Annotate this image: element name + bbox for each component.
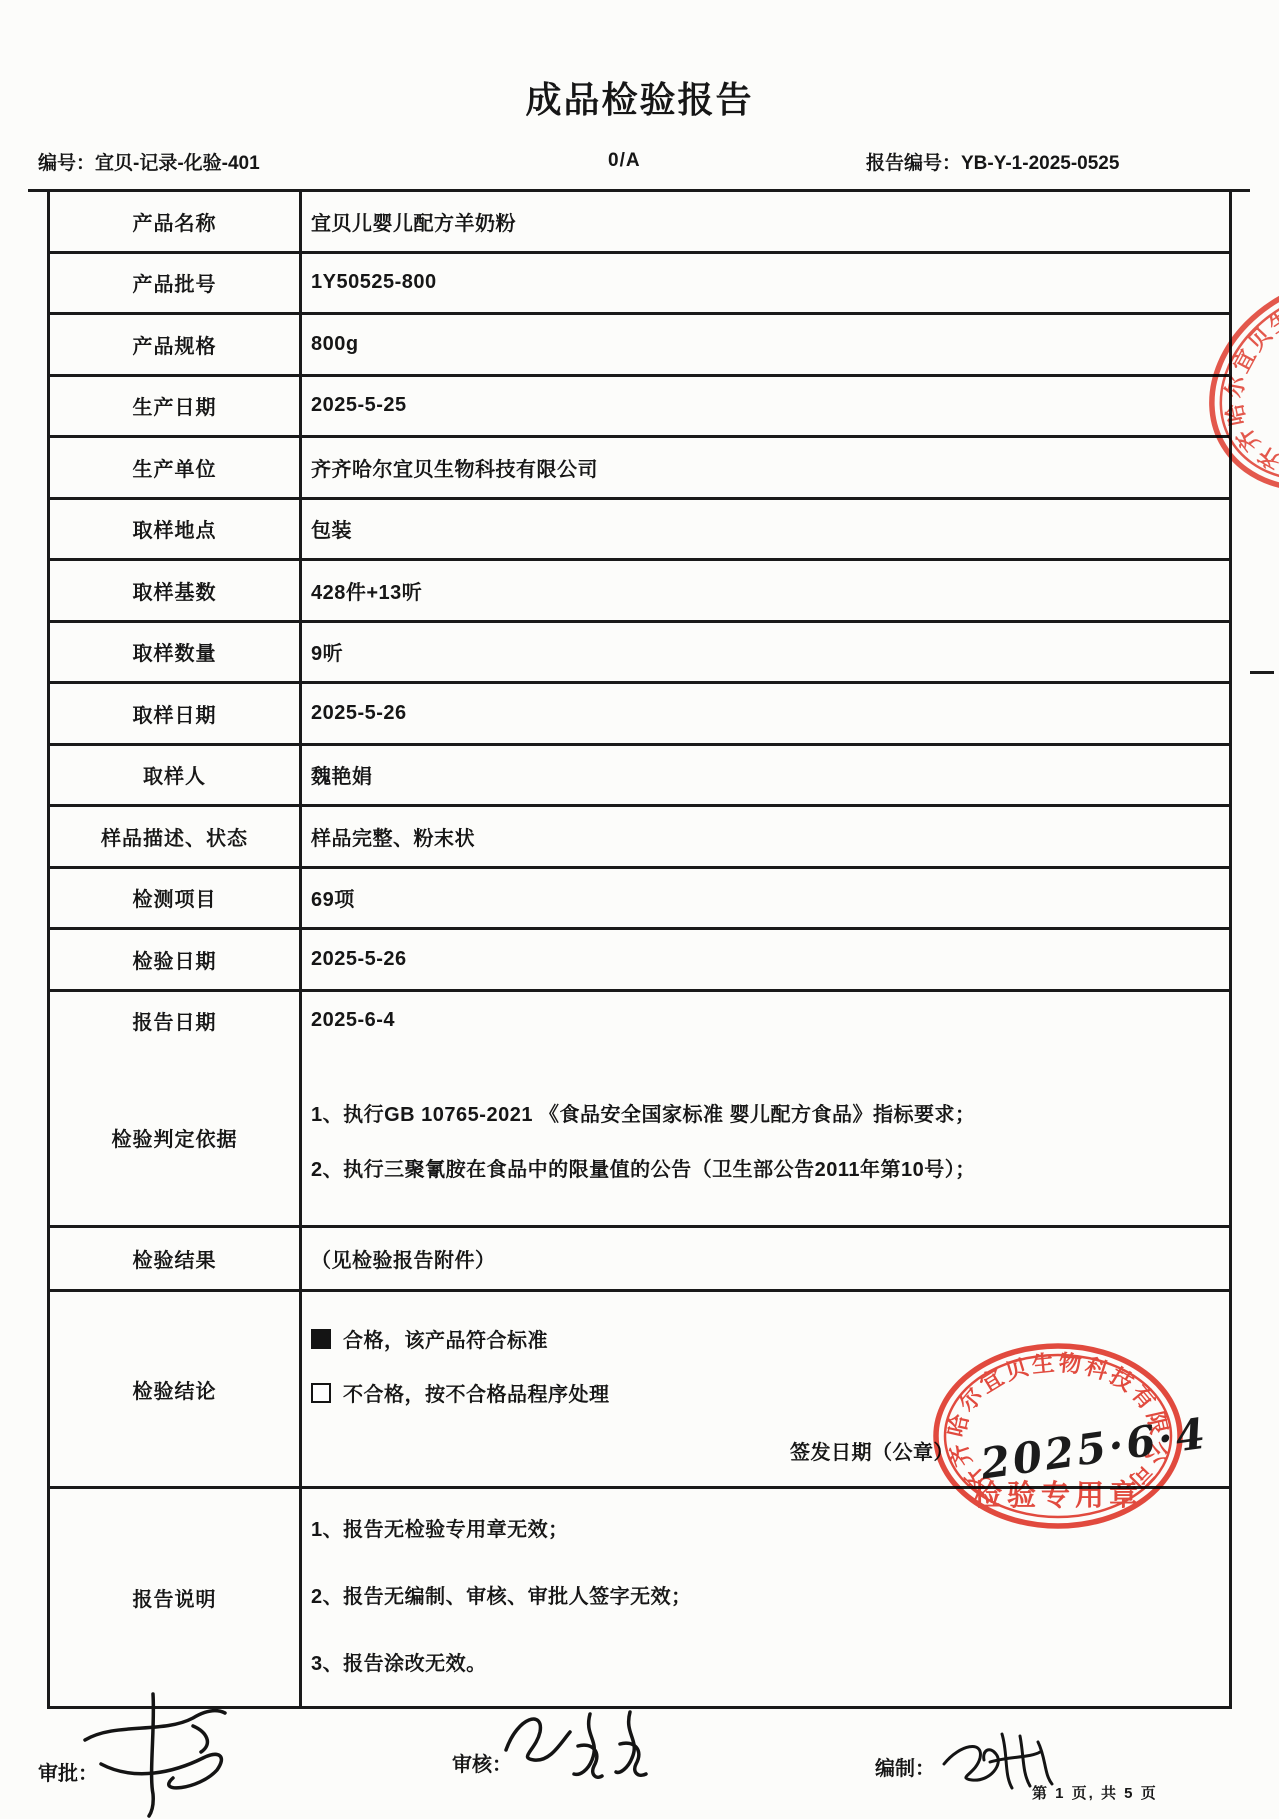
row-label: 报告说明: [50, 1489, 302, 1706]
table-row: 检验日期 2025-5-26: [50, 930, 1229, 992]
table-row: 产品名称 宜贝儿婴儿配方羊奶粉: [50, 192, 1229, 254]
note-line-3: 3、报告涂改无效。: [311, 1651, 487, 1677]
table-row: 取样地点 包装: [50, 500, 1229, 562]
row-label: 报告日期: [50, 992, 302, 1051]
seal-company-text: 齐齐哈尔宜贝生物科技有限公司: [1190, 272, 1279, 484]
scan-artifact-dash: [1250, 671, 1274, 674]
row-value: （见检验报告附件）: [302, 1228, 1229, 1289]
row-value: 2025-5-26: [302, 930, 1229, 989]
doc-number: 编号：宜贝-记录-化验-401: [38, 148, 260, 175]
table-row: 取样人 魏艳娟: [50, 746, 1229, 808]
prepare-label: 编制：: [875, 1752, 935, 1781]
row-label: 生产单位: [50, 438, 302, 497]
company-seal-stamp-partial: 齐齐哈尔宜贝生物科技有限公司: [1190, 272, 1279, 522]
report-number: 报告编号：YB-Y-1-2025-0525: [866, 148, 1119, 175]
row-label: 产品批号: [50, 254, 302, 313]
row-label: 检验判定依据: [50, 1050, 302, 1225]
table-row-result: 检验结果 （见检验报告附件）: [50, 1228, 1229, 1292]
row-label: 取样人: [50, 746, 302, 805]
table-row: 产品批号 1Y50525-800: [50, 254, 1229, 316]
note-line-2: 2、报告无编制、审核、审批人签字无效；: [311, 1584, 692, 1610]
judgment-line-2: 2、执行三聚氰胺在食品中的限量值的公告（卫生部公告2011年第10号）；: [311, 1157, 976, 1183]
revision-code: 0/A: [608, 150, 641, 172]
row-label: 取样基数: [50, 561, 302, 620]
row-value: 宜贝儿婴儿配方羊奶粉: [302, 192, 1229, 251]
row-value: 800g: [302, 315, 1229, 374]
table-row: 取样数量 9听: [50, 623, 1229, 685]
row-value: 包装: [302, 500, 1229, 559]
row-label: 检测项目: [50, 869, 302, 928]
row-label: 生产日期: [50, 377, 302, 436]
table-row: 生产日期 2025-5-25: [50, 377, 1229, 439]
table-row: 样品描述、状态 样品完整、粉末状: [50, 807, 1229, 869]
row-label: 取样地点: [50, 500, 302, 559]
row-label: 检验结果: [50, 1228, 302, 1289]
row-value: 2025-5-26: [302, 684, 1229, 743]
report-page: 成品检验报告 编号：宜贝-记录-化验-401 0/A 报告编号：YB-Y-1-2…: [0, 0, 1279, 1819]
row-label: 产品名称: [50, 192, 302, 251]
page-number: 第 1 页, 共 5 页: [1032, 1782, 1158, 1803]
checked-checkbox-icon: [311, 1329, 331, 1349]
row-label: 检验日期: [50, 930, 302, 989]
row-value: 魏艳娟: [302, 746, 1229, 805]
row-label: 取样日期: [50, 684, 302, 743]
row-label: 样品描述、状态: [50, 807, 302, 866]
unchecked-checkbox-icon: [311, 1383, 331, 1403]
table-row: 生产单位 齐齐哈尔宜贝生物科技有限公司: [50, 438, 1229, 500]
page-title: 成品检验报告: [0, 72, 1279, 123]
row-value: 1、执行GB 10765-2021 《食品安全国家标准 婴儿配方食品》指标要求；…: [302, 1050, 1229, 1225]
simple-rows: 产品名称 宜贝儿婴儿配方羊奶粉 产品批号 1Y50525-800 产品规格 80…: [50, 192, 1229, 1050]
review-signature: [498, 1692, 688, 1792]
table-row: 产品规格 800g: [50, 315, 1229, 377]
note-line-1: 1、报告无检验专用章无效；: [311, 1517, 569, 1543]
conclusion-option-pass: 合格，该产品符合标准: [311, 1328, 548, 1354]
row-value: 2025-6-4: [302, 992, 1229, 1051]
table-row: 检测项目 69项: [50, 869, 1229, 931]
table-row-judgment: 检验判定依据 1、执行GB 10765-2021 《食品安全国家标准 婴儿配方食…: [50, 1050, 1229, 1228]
row-value: 2025-5-25: [302, 377, 1229, 436]
row-value: 428件+13听: [302, 561, 1229, 620]
row-label: 产品规格: [50, 315, 302, 374]
row-label: 检验结论: [50, 1292, 302, 1486]
approval-signature: [75, 1688, 255, 1818]
conclusion-option-fail: 不合格，按不合格品程序处理: [311, 1382, 610, 1408]
row-value: 9听: [302, 623, 1229, 682]
table-row: 报告日期 2025-6-4: [50, 992, 1229, 1051]
svg-text:齐齐哈尔宜贝生物科技有限公司: 齐齐哈尔宜贝生物科技有限公司: [1190, 272, 1279, 484]
row-value: 样品完整、粉末状: [302, 807, 1229, 866]
table-row: 取样基数 428件+13听: [50, 561, 1229, 623]
row-value: 1Y50525-800: [302, 254, 1229, 313]
row-value: 齐齐哈尔宜贝生物科技有限公司: [302, 438, 1229, 497]
judgment-line-1: 1、执行GB 10765-2021 《食品安全国家标准 婴儿配方食品》指标要求；: [311, 1102, 976, 1128]
row-label: 取样数量: [50, 623, 302, 682]
row-value: 69项: [302, 869, 1229, 928]
table-row: 取样日期 2025-5-26: [50, 684, 1229, 746]
